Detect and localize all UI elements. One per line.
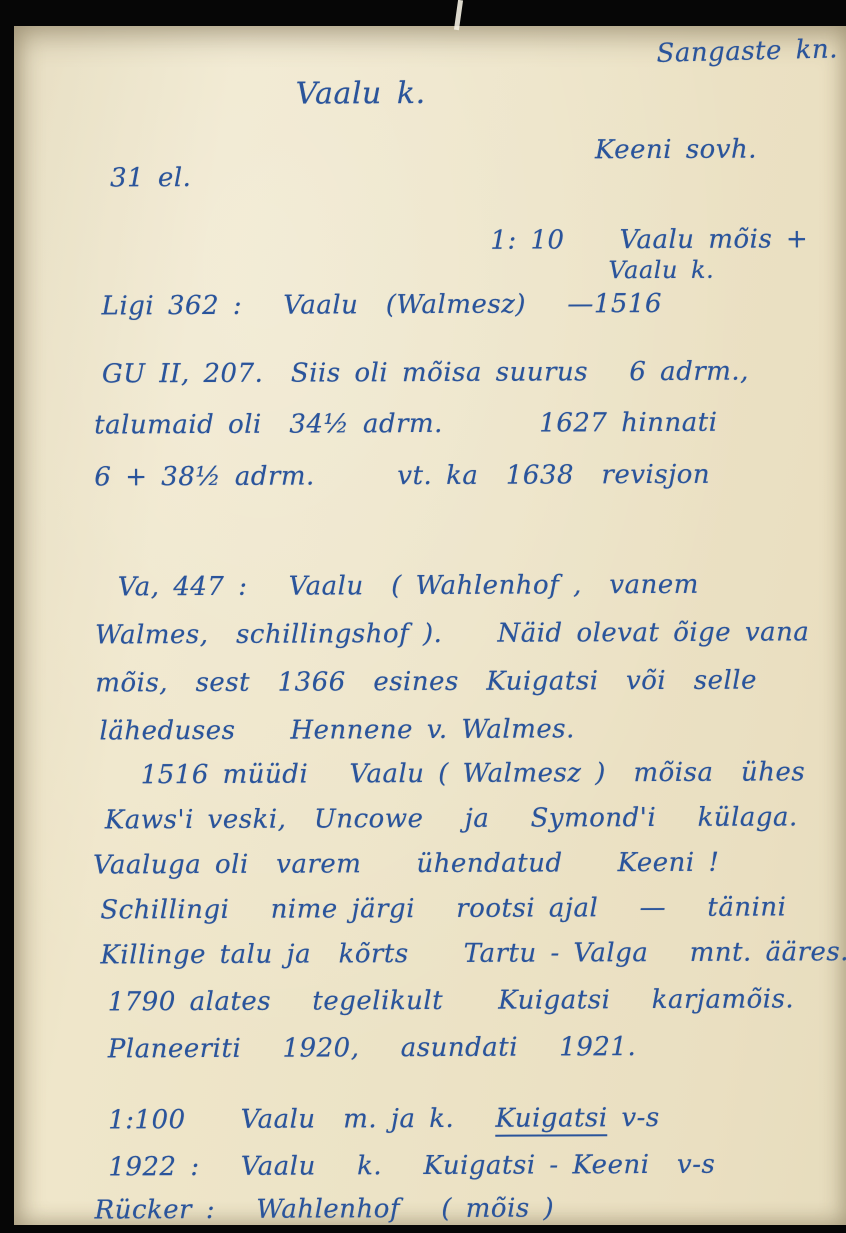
history-line-1: 1516 müüdi Vaalu ( Walmesz ) mõisa ühes: [141, 757, 806, 790]
scanned-document: Sangaste kn. Vaalu k. Keeni sovh. 31 el.…: [0, 0, 846, 1233]
history-line-4: Schillingi nime järgi rootsi ajal — täni…: [100, 892, 786, 925]
history-line-7: Planeeriti 1920, asundati 1921.: [108, 1032, 636, 1064]
page-title: Vaalu k.: [296, 76, 426, 112]
source-va-line-2: Walmes, schillingshof ). Näid olevat õig…: [95, 617, 809, 650]
summary-line-1-suffix: v-s: [608, 1103, 660, 1133]
history-line-3: Vaaluga oli varem ühendatud Keeni !: [93, 848, 719, 881]
source-va-line-3: mõis, sest 1366 esines Kuigatsi või sell…: [95, 666, 757, 699]
source-va-line-4: läheduses Hennene v. Walmes.: [99, 714, 575, 746]
summary-line-1-prefix: 1:100 Vaalu m. ja k.: [108, 1104, 495, 1136]
summary-line-3: Rücker : Wahlenhof ( mõis ): [95, 1193, 555, 1225]
source-ligi-line: Ligi 362 : Vaalu (Walmesz) —1516: [102, 289, 662, 321]
map-ref-line-1: 1: 10 Vaalu mõis +: [490, 224, 808, 255]
source-gu-line-2: talumaid oli 34½ adrm. 1627 hinnati: [94, 408, 717, 441]
summary-line-2: 1922 : Vaalu k. Kuigatsi - Keeni v-s: [108, 1150, 715, 1183]
source-gu-line-3: 6 + 38½ adrm. vt. ka 1638 revisjon: [94, 460, 710, 493]
handwriting-layer: Sangaste kn. Vaalu k. Keeni sovh. 31 el.…: [0, 0, 846, 1233]
history-line-6: 1790 alates tegelikult Kuigatsi karjamõi…: [108, 984, 795, 1017]
summary-line-1-underlined: Kuigatsi: [495, 1103, 607, 1136]
source-gu-line-1: GU II, 207. Siis oli mõisa suurus 6 adrm…: [102, 357, 749, 390]
history-line-5: Killinge talu ja kõrts Tartu - Valga mnt…: [100, 937, 846, 970]
population-note: 31 el.: [110, 163, 191, 193]
summary-line-1: 1:100 Vaalu m. ja k. Kuigatsi v-s: [108, 1103, 660, 1135]
parish-corner-label: Sangaste kn.: [656, 34, 838, 69]
source-va-line-1: Va, 447 : Vaalu ( Wahlenhof , vanem: [118, 570, 699, 603]
sovkhoz-note: Keeni sovh.: [595, 135, 757, 166]
history-line-2: Kaws'i veski, Uncowe ja Symond'i külaga.: [105, 802, 798, 835]
map-ref-line-2: Vaalu k.: [608, 256, 714, 284]
